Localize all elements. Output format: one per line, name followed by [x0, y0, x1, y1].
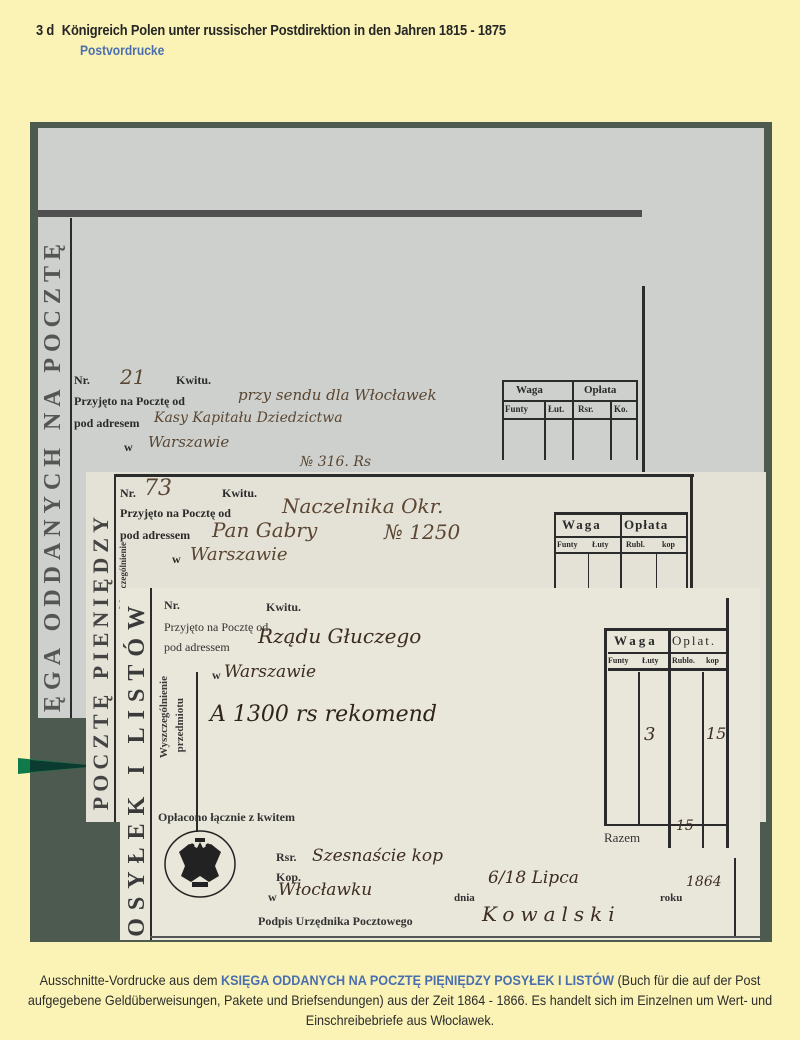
form-3-roku-label: roku — [660, 892, 682, 904]
form-1-fee-table: Waga Opłata Funty Łut. Rsr. Ko. — [502, 380, 638, 460]
form-2-col-kop: kop — [662, 540, 675, 549]
form-3-col-funty: Funty — [608, 656, 628, 665]
caption-prefix: Ausschnitte-Vordrucke aus dem — [40, 972, 221, 988]
form-2-right-border — [690, 474, 693, 594]
form-3-roku-value: 1864 — [686, 874, 722, 890]
form-1-extra-value: № 316. Rs — [300, 454, 371, 470]
form-1-w-label: w — [124, 440, 133, 455]
form-3-nr-label: Nr. — [164, 598, 180, 613]
form-2-adres-number: № 1250 — [384, 520, 460, 544]
form-3-fee-value: 15 — [706, 724, 726, 743]
form-1-nr-label: Nr. — [74, 373, 90, 388]
form-3-col-kop: kop — [706, 656, 719, 665]
form-1-oplata-header: Opłata — [584, 384, 616, 396]
form-3-waga-header: Waga — [614, 633, 658, 649]
form-3-item-bracket — [196, 672, 198, 832]
form-3-weight-value: 3 — [644, 724, 655, 745]
form-3-left-border — [150, 588, 152, 940]
form-1-col-lut: Łut. — [548, 404, 564, 414]
form-3-adres-value: Rządu Głuczego — [258, 624, 421, 648]
form-3-item-value: A 1300 rs rekomend — [210, 702, 437, 727]
form-1-vertical-banner: KSIĘGA ODDANYCH NA POCZTĘ — [40, 238, 67, 718]
form-3-w-place-label: w — [268, 890, 277, 905]
form-1-przyjeto-label: Przyjęto na Pocztę od — [74, 394, 185, 409]
form-2-w-value: Warszawie — [190, 544, 288, 565]
form-2-w-label: w — [172, 552, 181, 567]
form-3-w-value: Warszawie — [224, 662, 316, 682]
form-1-top-rule — [38, 210, 642, 217]
form-3-signature-label: Podpis Urzędnika Pocztowego — [258, 914, 413, 929]
form-3-vertical-label-2: przedmiotu — [174, 698, 186, 752]
form-3-dnia-label: dnia — [454, 892, 475, 904]
form-3-amount-words: Szesnaście kop — [312, 846, 443, 866]
form-2-vertical-banner: POCZTĘ PIENIĘDZY — [88, 512, 114, 810]
double-headed-eagle-icon — [162, 828, 238, 900]
form-2-adres-value: Pan Gabry — [212, 518, 317, 542]
form-2-oplata-header: Opłata — [624, 517, 668, 533]
form-3-right-border-lower — [734, 858, 736, 938]
form-1-adres-label: pod adresem — [74, 416, 139, 431]
page-subtitle: Postvordrucke — [80, 42, 164, 58]
form-1-waga-header: Waga — [516, 384, 543, 396]
caption: Ausschnitte-Vordrucke aus dem KSIĘGA ODD… — [0, 970, 800, 1030]
form-3-signature-value: Kowalski — [482, 902, 621, 926]
form-3-razem-value: 15 — [676, 818, 694, 834]
form-3-rsr-label: Rsr. — [276, 850, 297, 865]
form-2-nr-label: Nr. — [120, 486, 136, 501]
form-3-fee-table: Waga Oplat. Funty Łuty Rublo. kop 3 15 R… — [604, 628, 728, 840]
form-3-vertical-label-1: Wyszczególnienie — [158, 676, 170, 758]
page-title: Königreich Polen unter russischer Postdi… — [62, 22, 506, 39]
form-3-w-label: w — [212, 668, 221, 683]
form-2-waga-header: Waga — [562, 517, 602, 533]
form-1-w-value: Warszawie — [148, 433, 229, 451]
form-2-nr-value: 73 — [144, 476, 172, 501]
form-1-left-border — [70, 218, 72, 718]
form-2-col-funty: Funty — [557, 540, 577, 549]
form-1-col-ko: Ko. — [614, 404, 628, 414]
form-1-col-rsr: Rsr. — [578, 404, 593, 414]
form-1-adres-value: Kasy Kapitału Dziedzictwa — [154, 410, 343, 426]
form-3-przyjeto-label: Przyjęto na Pocztę od — [164, 620, 268, 635]
form-3-col-luty: Łuty — [642, 656, 658, 665]
form-3-kwitu-label: Kwitu. — [266, 600, 301, 615]
form-1-przyjeto-value: przy sendu dla Włocławek — [238, 386, 437, 404]
form-3-w-place-value: Włocławku — [278, 880, 372, 900]
form-1-kwitu-label: Kwitu. — [176, 373, 211, 388]
form-2-kwitu-label: Kwitu. — [222, 486, 257, 501]
form-2-top-rule — [114, 474, 694, 477]
form-1-col-funty: Funty — [505, 404, 528, 414]
form-3-oplata-header: Oplat. — [672, 633, 716, 649]
form-2-col-luty: Łuty — [592, 540, 608, 549]
form-2-przyjeto-value: Naczelnika Okr. — [282, 494, 443, 518]
form-3-adres-label: pod adressem — [164, 640, 230, 655]
form-3-bottom-edge — [150, 936, 760, 938]
form-3-oplacono-label: Opłacono łącznie z kwitem — [158, 810, 295, 825]
form-3-col-rublo: Rublo. — [672, 656, 695, 665]
form-1-nr-value: 21 — [120, 365, 145, 389]
caption-highlight: KSIĘGA ODDANYCH NA POCZTĘ PIĘNIĘDZY POSY… — [221, 972, 614, 988]
form-2-adres-label: pod adressem — [120, 528, 190, 543]
form-3-vertical-banner: POSYŁEK I LISTÓW — [124, 598, 151, 940]
marker-tab — [18, 758, 88, 774]
form-2-col-rubl: Rubl. — [626, 540, 645, 549]
form-2-fee-table: Waga Opłata Funty Łuty Rubl. kop — [554, 512, 688, 596]
form-3: POSYŁEK I LISTÓW Nr. Kwitu. Przyjęto na … — [120, 588, 760, 940]
page-heading: 3 dKönigreich Polen unter russischer Pos… — [36, 22, 506, 39]
section-number: 3 d — [36, 22, 62, 39]
form-2-left-border — [114, 474, 116, 822]
form-3-dnia-value: 6/18 Lipca — [488, 868, 579, 888]
form-3-razem-label: Razem — [604, 830, 640, 846]
